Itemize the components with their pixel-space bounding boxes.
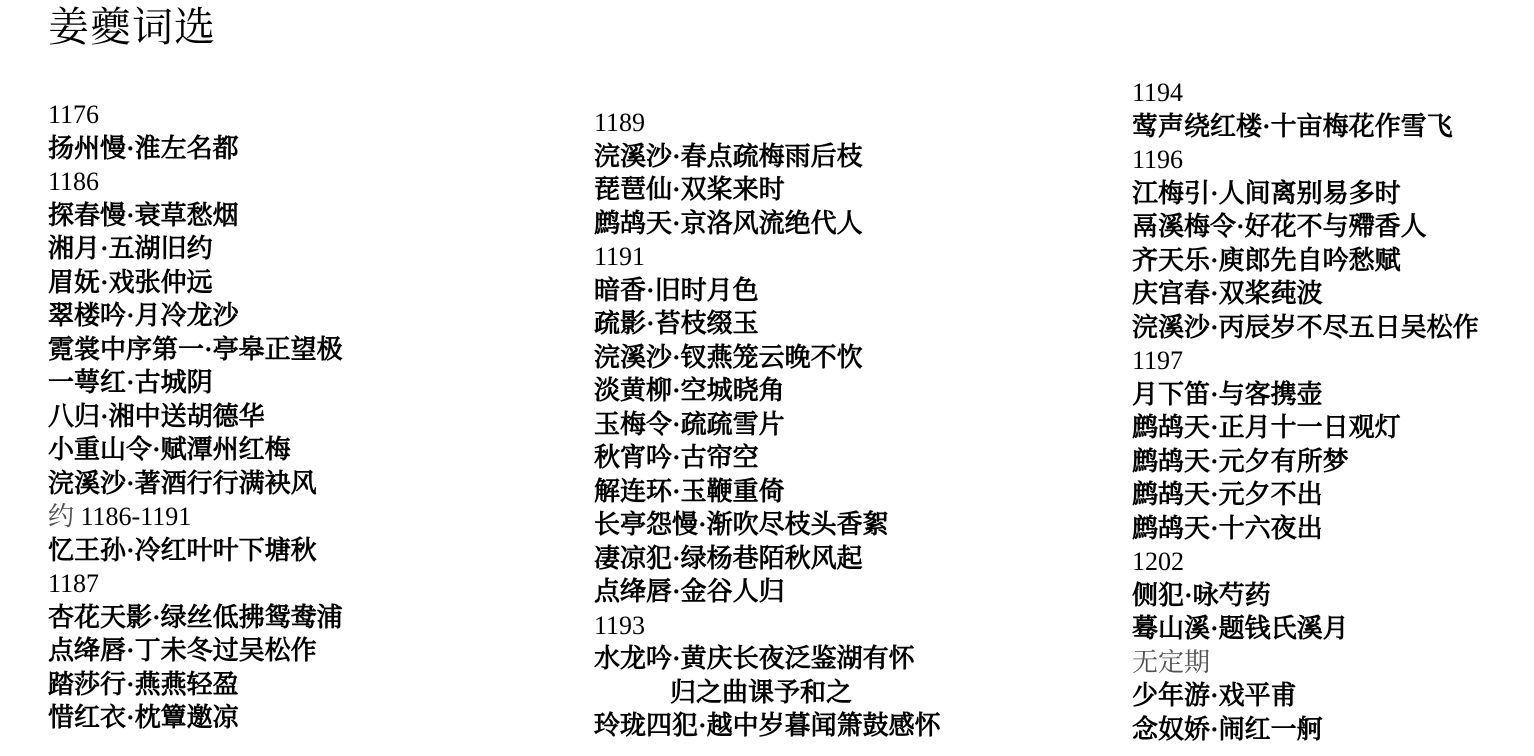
poem-title: 暗香·旧时月色 [594, 274, 1114, 308]
poem-title: 眉妩·戏张仲远 [48, 266, 568, 300]
poem-title: 忆王孙·冷红叶叶下塘秋 [48, 534, 568, 568]
year-label: 1187 [48, 567, 568, 601]
poem-title: 解连环·玉鞭重倚 [594, 475, 1114, 509]
poem-title: 秋宵吟·古帘空 [594, 441, 1114, 475]
year-label: 1191 [594, 240, 1114, 274]
poem-title: 琵琶仙·双桨来时 [594, 173, 1114, 207]
poem-title: 一萼红·古城阴 [48, 366, 568, 400]
poem-title: 扬州慢·淮左名都 [48, 132, 568, 166]
poem-title: 浣溪沙·钗燕笼云晚不忺 [594, 341, 1114, 375]
timeline-column-3: 1194莺声绕红楼·十亩梅花作雪飞1196江梅引·人间离别易多时鬲溪梅令·好花不… [1132, 76, 1532, 746]
poem-title: 玲珑四犯·越中岁暮闻箫鼓感怀 [594, 709, 1114, 743]
poem-title: 惜红衣·枕簟邀凉 [48, 701, 568, 735]
poem-title: 鹧鸪天·元夕不出 [1132, 478, 1532, 512]
year-label: 1189 [594, 106, 1114, 140]
poem-title: 浣溪沙·著酒行行满袂风 [48, 467, 568, 501]
poem-title: 庆宫春·双桨莼波 [1132, 277, 1532, 311]
poem-title: 鬲溪梅令·好花不与殢香人 [1132, 210, 1532, 244]
poem-title: 浣溪沙·丙辰岁不尽五日吴松作 [1132, 311, 1532, 345]
poem-title: 侧犯·咏芍药 [1132, 579, 1532, 613]
undated-label: 无定期 [1132, 646, 1532, 680]
poem-title: 淡黄柳·空城晓角 [594, 374, 1114, 408]
poem-title: 蓦山溪·题钱氏溪月 [1132, 612, 1532, 646]
year-label: 1194 [1132, 76, 1532, 110]
poem-title-continuation: 归之曲课予和之 [594, 676, 1114, 710]
poem-title: 点绛唇·金谷人归 [594, 575, 1114, 609]
poem-title: 江梅引·人间离别易多时 [1132, 177, 1532, 211]
year-label: 1186 [48, 165, 568, 199]
poem-title: 莺声绕红楼·十亩梅花作雪飞 [1132, 110, 1532, 144]
year-label: 1176 [48, 98, 568, 132]
poem-title: 长亭怨慢·渐吹尽枝头香絮 [594, 508, 1114, 542]
poem-title: 小重山令·赋潭州红梅 [48, 433, 568, 467]
timeline-column-2: 1189浣溪沙·春点疏梅雨后枝琵琶仙·双桨来时鹧鸪天·京洛风流绝代人1191暗香… [594, 106, 1114, 743]
poem-title: 探春慢·衰草愁烟 [48, 199, 568, 233]
poem-title: 凄凉犯·绿杨巷陌秋风起 [594, 542, 1114, 576]
poem-title: 点绛唇·丁未冬过吴松作 [48, 634, 568, 668]
poem-title: 齐天乐·庾郎先自吟愁赋 [1132, 244, 1532, 278]
poem-title: 湘月·五湖旧约 [48, 232, 568, 266]
poem-title: 霓裳中序第一·亭皋正望极 [48, 333, 568, 367]
poem-title: 玉梅令·疏疏雪片 [594, 408, 1114, 442]
year-range: 1186-1191 [81, 502, 192, 531]
poem-title: 鹧鸪天·元夕有所梦 [1132, 445, 1532, 479]
document-page: 姜夔词选 1176扬州慢·淮左名都1186探春慢·衰草愁烟湘月·五湖旧约眉妩·戏… [0, 0, 1534, 756]
poem-title: 疏影·苔枝缀玉 [594, 307, 1114, 341]
year-label: 约 1186-1191 [48, 500, 568, 534]
poem-title: 念奴娇·闹红一舸 [1132, 713, 1532, 747]
poem-title: 八归·湘中送胡德华 [48, 400, 568, 434]
poem-title: 杏花天影·绿丝低拂鸳鸯浦 [48, 601, 568, 635]
year-label: 1202 [1132, 545, 1532, 579]
poem-title: 月下笛·与客携壶 [1132, 378, 1532, 412]
poem-title: 鹧鸪天·十六夜出 [1132, 512, 1532, 546]
poem-title: 浣溪沙·春点疏梅雨后枝 [594, 140, 1114, 174]
page-title: 姜夔词选 [48, 4, 216, 51]
poem-title: 翠楼吟·月冷龙沙 [48, 299, 568, 333]
year-label: 1193 [594, 609, 1114, 643]
poem-title: 踏莎行·燕燕轻盈 [48, 668, 568, 702]
poem-title: 水龙吟·黄庆长夜泛鉴湖有怀 [594, 642, 1114, 676]
poem-title: 少年游·戏平甫 [1132, 679, 1532, 713]
approx-prefix: 约 [48, 502, 81, 531]
timeline-column-1: 1176扬州慢·淮左名都1186探春慢·衰草愁烟湘月·五湖旧约眉妩·戏张仲远翠楼… [48, 98, 568, 735]
year-label: 1197 [1132, 344, 1532, 378]
poem-title: 鹧鸪天·正月十一日观灯 [1132, 411, 1532, 445]
year-label: 1196 [1132, 143, 1532, 177]
poem-title: 鹧鸪天·京洛风流绝代人 [594, 207, 1114, 241]
